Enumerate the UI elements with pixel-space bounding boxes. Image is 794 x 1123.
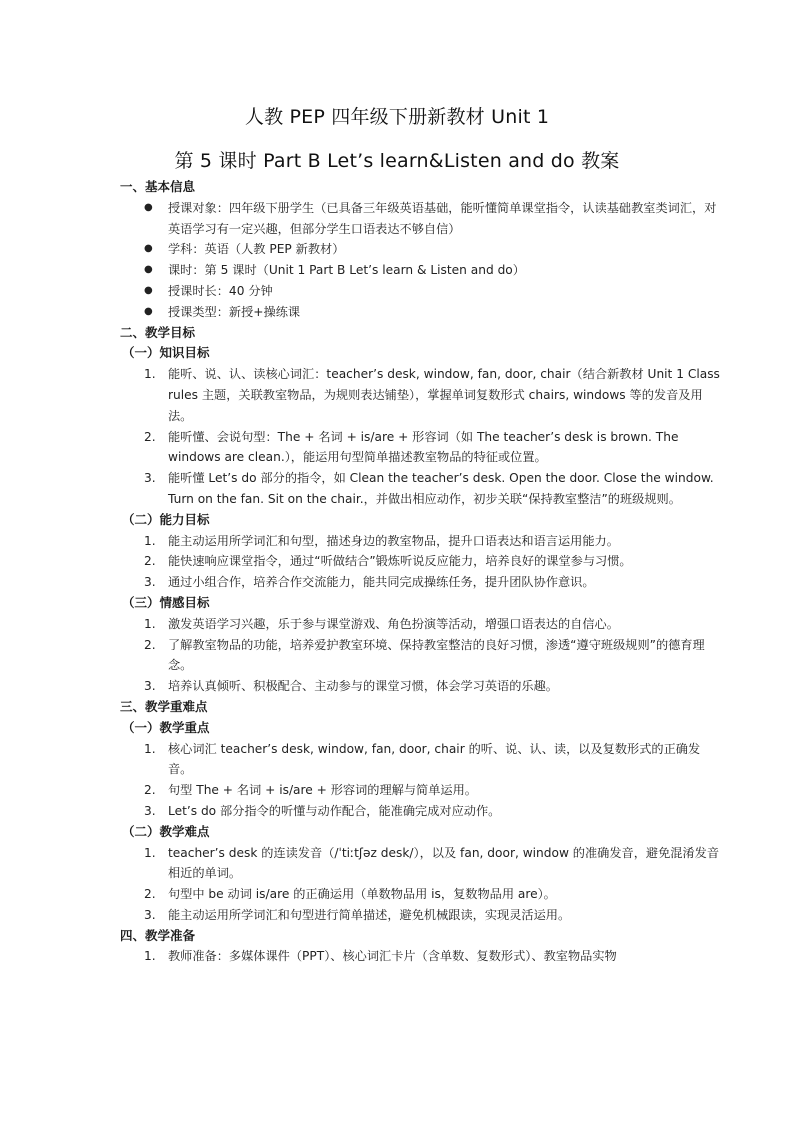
item-number: 2.: [144, 635, 164, 656]
section-heading-preparation: 四、教学准备: [120, 926, 720, 947]
list-item: ● 授课时长：40 分钟: [120, 281, 720, 302]
list-item: 1. 能主动运用所学词汇和句型，描述身边的教室物品，提升口语表达和语言运用能力。: [120, 531, 720, 552]
item-number: 2.: [144, 884, 164, 905]
item-number: 2.: [144, 427, 164, 448]
list-item: 3. 培养认真倾听、积极配合、主动参与的课堂习惯，体会学习英语的乐趣。: [120, 676, 720, 697]
subsection-heading-ability: （二）能力目标: [120, 510, 720, 531]
item-number: 2.: [144, 551, 164, 572]
item-number: 3.: [144, 801, 164, 822]
list-item: 2. 句型 The + 名词 + is/are + 形容词的理解与简单运用。: [120, 780, 720, 801]
list-item: 1. 核心词汇 teacher’s desk, window, fan, doo…: [120, 739, 720, 781]
bullet-icon: ●: [144, 239, 164, 260]
item-number: 2.: [144, 780, 164, 801]
bullet-icon: ●: [144, 198, 164, 219]
subsection-heading-difficulties: （二）教学难点: [120, 822, 720, 843]
item-number: 3.: [144, 468, 164, 489]
list-item: 1. teacher’s desk 的连读发音（/ˈtiːtʃəz desk/）…: [120, 843, 720, 885]
list-item: 1. 激发英语学习兴趣，乐于参与课堂游戏、角色扮演等活动，增强口语表达的自信心。: [120, 614, 720, 635]
section-heading-key-points: 三、教学重难点: [120, 697, 720, 718]
document-title: 人教 PEP 四年级下册新教材 Unit 1: [0, 102, 794, 129]
item-number: 1.: [144, 531, 164, 552]
list-item: 2. 能听懂、会说句型：The + 名词 + is/are + 形容词（如 Th…: [120, 427, 720, 469]
list-item: 3. 能听懂 Let’s do 部分的指令，如 Clean the teache…: [120, 468, 720, 510]
item-number: 1.: [144, 843, 164, 864]
document-subtitle: 第 5 课时 Part B Let’s learn&Listen and do …: [0, 146, 794, 173]
list-item: 3. 通过小组合作，培养合作交流能力，能共同完成操练任务，提升团队协作意识。: [120, 572, 720, 593]
list-item: 3. Let’s do 部分指令的听懂与动作配合，能准确完成对应动作。: [120, 801, 720, 822]
item-number: 3.: [144, 572, 164, 593]
bullet-icon: ●: [144, 260, 164, 281]
list-item: 2. 句型中 be 动词 is/are 的正确运用（单数物品用 is，复数物品用…: [120, 884, 720, 905]
list-item: ● 授课类型：新授+操练课: [120, 302, 720, 323]
list-item: 2. 了解教室物品的功能，培养爱护教室环境、保持教室整洁的良好习惯，渗透“遵守班…: [120, 635, 720, 677]
section-heading-teaching-goals: 二、教学目标: [120, 323, 720, 344]
item-number: 1.: [144, 364, 164, 385]
subsection-heading-knowledge: （一）知识目标: [120, 343, 720, 364]
list-item: ● 授课对象：四年级下册学生（已具备三年级英语基础，能听懂简单课堂指令，认读基础…: [120, 198, 720, 240]
item-number: 1.: [144, 739, 164, 760]
list-item: 1. 教师准备：多媒体课件（PPT）、核心词汇卡片（含单数、复数形式）、教室物品…: [120, 946, 720, 967]
section-heading-basic-info: 一、基本信息: [120, 177, 720, 198]
document-body: 一、基本信息 ● 授课对象：四年级下册学生（已具备三年级英语基础，能听懂简单课堂…: [120, 177, 720, 967]
item-number: 3.: [144, 676, 164, 697]
subsection-heading-key-focus: （一）教学重点: [120, 718, 720, 739]
item-number: 3.: [144, 905, 164, 926]
bullet-icon: ●: [144, 302, 164, 323]
list-item: 1. 能听、说、认、读核心词汇：teacher’s desk, window, …: [120, 364, 720, 426]
bullet-icon: ●: [144, 281, 164, 302]
list-item: 2. 能快速响应课堂指令，通过“听做结合”锻炼听说反应能力，培养良好的课堂参与习…: [120, 551, 720, 572]
subsection-heading-emotion: （三）情感目标: [120, 593, 720, 614]
item-number: 1.: [144, 946, 164, 967]
list-item: ● 学科：英语（人教 PEP 新教材）: [120, 239, 720, 260]
item-number: 1.: [144, 614, 164, 635]
document-page: 人教 PEP 四年级下册新教材 Unit 1 第 5 课时 Part B Let…: [0, 0, 794, 1123]
list-item: 3. 能主动运用所学词汇和句型进行简单描述，避免机械跟读，实现灵活运用。: [120, 905, 720, 926]
list-item: ● 课时：第 5 课时（Unit 1 Part B Let’s learn & …: [120, 260, 720, 281]
